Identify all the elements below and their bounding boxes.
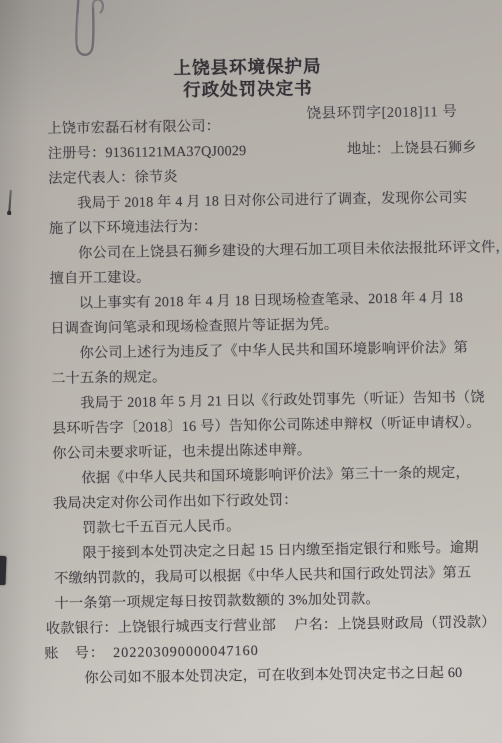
page-edge-mark (0, 556, 7, 585)
document-body: 上饶市宏磊石材有限公司：注册号：91361121MA37QJ0029 地址：上饶… (47, 111, 485, 692)
photographed-document: 上饶县环境保护局 行政处罚决定书 饶县环罚字[2018]11 号 上饶市宏磊石材… (0, 0, 502, 743)
paperclip-icon (62, 0, 110, 76)
paper-sheet: 上饶县环境保护局 行政处罚决定书 饶县环罚字[2018]11 号 上饶市宏磊石材… (0, 0, 502, 743)
document-line: 你公司如不服本处罚决定，可在收到本处罚决定书之日起 60 (55, 661, 485, 692)
